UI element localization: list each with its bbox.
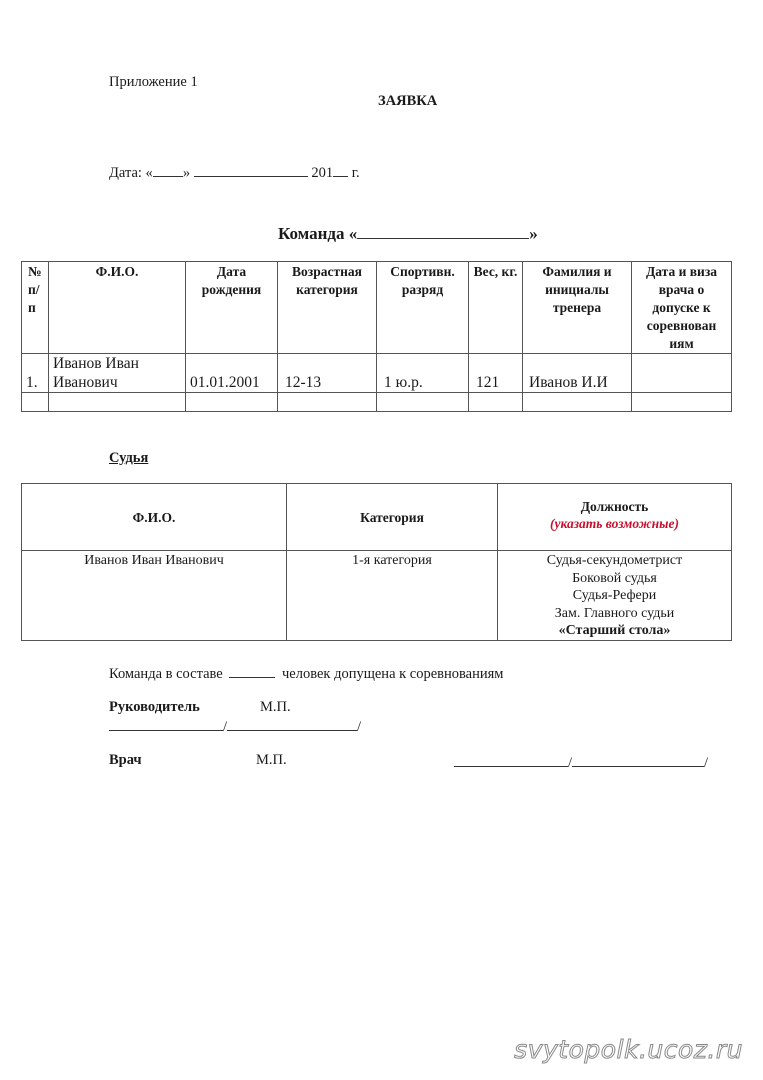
year-field[interactable] — [333, 162, 348, 177]
doctor-label: Врач — [109, 752, 142, 769]
position-header-label: Должность — [502, 498, 727, 515]
position-item-bold: «Старший стола» — [502, 622, 727, 640]
doctor-signature-field[interactable] — [454, 752, 568, 767]
cell-fio[interactable] — [49, 393, 186, 412]
date-label: Дата: « — [109, 165, 153, 181]
day-field[interactable] — [153, 162, 183, 177]
team-composition-prefix: Команда в составе — [109, 666, 223, 682]
year-prefix: 201 — [311, 165, 333, 181]
col-header-sport-rank: Спортивн. разряд — [377, 262, 469, 354]
leader-name-field[interactable] — [227, 716, 357, 731]
participants-table: № п/ п Ф.И.О. Дата рождения Возрастная к… — [21, 261, 732, 412]
table-header-row: № п/ п Ф.И.О. Дата рождения Возрастная к… — [22, 262, 732, 354]
cell-age-category[interactable]: 12-13 — [278, 354, 377, 393]
col-header-fio: Ф.И.О. — [49, 262, 186, 354]
leader-signature-field[interactable] — [109, 716, 223, 731]
doctor-signature-line: // — [454, 752, 708, 772]
cell-birthdate[interactable]: 01.01.2001 — [186, 354, 278, 393]
team-count-field[interactable] — [229, 663, 275, 678]
cell-fio[interactable]: Иванов Иван Иванович — [49, 354, 186, 393]
col-header-birthdate: Дата рождения — [186, 262, 278, 354]
position-item: Судья-Рефери — [502, 587, 727, 605]
table-row — [22, 393, 732, 412]
position-item: Судья-секундометрист — [502, 552, 727, 570]
cell-number[interactable]: 1. — [22, 354, 49, 393]
team-line: Команда «» — [278, 222, 538, 244]
cell-weight[interactable]: 121 — [469, 354, 523, 393]
col-header-age-category: Возрастная категория — [278, 262, 377, 354]
cell-judge-category[interactable]: 1-я категория — [287, 551, 498, 641]
team-composition-suffix: человек допущена к соревнованиям — [282, 666, 504, 682]
position-hint: (указать возможные) — [502, 515, 727, 532]
cell-coach[interactable] — [523, 393, 632, 412]
position-item: Боковой судья — [502, 570, 727, 588]
table-row: Иванов Иван Иванович 1-я категория Судья… — [22, 551, 732, 641]
date-line: Дата: «» 201 г. — [109, 162, 360, 182]
cell-birthdate[interactable] — [186, 393, 278, 412]
document-title: ЗАЯВКА — [378, 93, 437, 110]
col-header-number: № п/ п — [22, 262, 49, 354]
judge-table: Ф.И.О. Категория Должность (указать возм… — [21, 483, 732, 641]
month-field[interactable] — [194, 162, 308, 177]
position-item: Зам. Главного судьи — [502, 605, 727, 623]
year-suffix: г. — [352, 165, 360, 181]
cell-number[interactable] — [22, 393, 49, 412]
cell-judge-name[interactable]: Иванов Иван Иванович — [22, 551, 287, 641]
leader-signature-line: // — [109, 716, 361, 736]
cell-doctor-visa[interactable] — [632, 393, 732, 412]
cell-sport-rank[interactable] — [377, 393, 469, 412]
doctor-name-field[interactable] — [572, 752, 704, 767]
doctor-stamp: М.П. — [256, 752, 287, 769]
slash: / — [704, 755, 708, 771]
team-composition-line: Команда в составе человек допущена к сор… — [109, 663, 503, 683]
watermark: svytopolk.ucoz.ru — [514, 1035, 743, 1064]
col-header-coach: Фамилия и инициалы тренера — [523, 262, 632, 354]
leader-stamp: М.П. — [260, 699, 291, 716]
col-header-weight: Вес, кг. — [469, 262, 523, 354]
cell-age-category[interactable] — [278, 393, 377, 412]
team-close: » — [529, 224, 538, 243]
col-header-judge-category: Категория — [287, 484, 498, 551]
team-name-field[interactable] — [357, 222, 529, 239]
team-label: Команда « — [278, 224, 357, 243]
cell-weight[interactable] — [469, 393, 523, 412]
slash: / — [357, 719, 361, 735]
appendix-label: Приложение 1 — [109, 74, 198, 91]
table-header-row: Ф.И.О. Категория Должность (указать возм… — [22, 484, 732, 551]
cell-doctor-visa[interactable] — [632, 354, 732, 393]
table-row: 1. Иванов Иван Иванович 01.01.2001 12-13… — [22, 354, 732, 393]
judge-section-title: Судья — [109, 450, 148, 467]
leader-label: Руководитель — [109, 699, 200, 716]
col-header-judge-position: Должность (указать возможные) — [498, 484, 732, 551]
cell-coach[interactable]: Иванов И.И — [523, 354, 632, 393]
col-header-judge-fio: Ф.И.О. — [22, 484, 287, 551]
cell-judge-positions[interactable]: Судья-секундометрист Боковой судья Судья… — [498, 551, 732, 641]
date-mid: » — [183, 165, 190, 181]
col-header-doctor-visa: Дата и виза врача о допуске к соревнован… — [632, 262, 732, 354]
cell-sport-rank[interactable]: 1 ю.р. — [377, 354, 469, 393]
